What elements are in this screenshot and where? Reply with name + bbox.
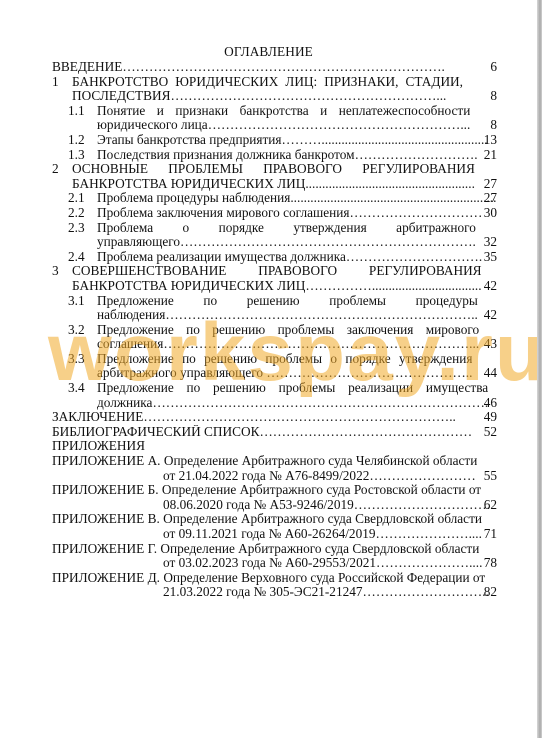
toc-entry-text: ЗАКЛЮЧЕНИЕ…………………………………………………………….. <box>52 410 463 425</box>
toc-page-number: 49 <box>484 410 497 425</box>
toc-entry-text: управляющего…………………………………………………………. <box>97 235 476 250</box>
toc-entry-text: Проблема о порядке утверждения арбитражн… <box>97 221 476 236</box>
toc-entry-bibliography[interactable]: БИБЛИОГРАФИЧЕСКИЙ СПИСОК…………………………………………… <box>52 425 497 440</box>
toc-page-number: 44 <box>484 366 497 381</box>
toc-entry-text: Предложение по решению проблемы процедур… <box>97 294 478 309</box>
toc-entry-number: 2.2 <box>52 206 97 221</box>
toc-entry-app-g[interactable]: ПРИЛОЖЕНИЕ Г. Определение Арбитражного с… <box>52 542 497 571</box>
toc-page-number: 43 <box>484 337 497 352</box>
appendix-description: Определение Арбитражного суда Ростовской… <box>162 483 481 497</box>
appendix-title-line: ПРИЛОЖЕНИЕ Д. Определение Верховного суд… <box>52 571 489 586</box>
toc-entry-number: 2.4 <box>52 250 97 265</box>
toc-entry-ch2-2[interactable]: 2.2Проблема заключения мирового соглашен… <box>52 206 497 221</box>
toc-entry-number: 2.3 <box>52 221 97 250</box>
toc-page-number: 32 <box>484 235 497 250</box>
appendix-title-line: ПРИЛОЖЕНИЕ А. Определение Арбитражного с… <box>52 454 477 469</box>
appendix-citation: 21.03.2022 года № 305-ЭС21-21247……………………… <box>52 585 489 600</box>
toc-entry-text: БИБЛИОГРАФИЧЕСКИЙ СПИСОК………………………………………… <box>52 425 472 440</box>
appendix-description: Определение Арбитражного суда Свердловск… <box>163 512 482 526</box>
appendix-label: ПРИЛОЖЕНИЕ В. <box>52 512 160 526</box>
toc-entry-ch1-2[interactable]: 1.2Этапы банкротства предприятия……….....… <box>52 133 497 148</box>
toc-page-number: 78 <box>484 556 497 571</box>
toc-entry-text: СОВЕРШЕНСТВОВАНИЕ ПРАВОВОГО РЕГУЛИРОВАНИ… <box>72 264 482 279</box>
toc-entry-text: должника…………………………………………………………………. <box>97 396 488 411</box>
appendix-title-line: ПРИЛОЖЕНИЕ В. Определение Арбитражного с… <box>52 512 482 527</box>
toc-entry-text: БАНКРОТСТВО ЮРИДИЧЕСКИХ ЛИЦ: ПРИЗНАКИ, С… <box>72 75 463 90</box>
toc-entry-ch1[interactable]: 1БАНКРОТСТВО ЮРИДИЧЕСКИХ ЛИЦ: ПРИЗНАКИ, … <box>52 75 497 104</box>
toc-entry-ch2-3[interactable]: 2.3Проблема о порядке утверждения арбитр… <box>52 221 497 250</box>
toc-entry-text: Этапы банкротства предприятия………........… <box>97 133 488 148</box>
toc-title: ОГЛАВЛЕНИЕ <box>0 44 537 60</box>
toc-page-number: 55 <box>484 469 497 484</box>
toc-entry-ch2-4[interactable]: 2.4Проблема реализации имущества должник… <box>52 250 497 265</box>
toc-entry-text: Проблема реализации имущества должника……… <box>97 250 482 265</box>
toc-entry-number: 2 <box>52 162 72 191</box>
toc-page-number: 62 <box>484 498 497 513</box>
toc-page-number: 21 <box>484 148 497 163</box>
toc-page-number: 42 <box>484 279 497 294</box>
toc-entry-text: ВВЕДЕНИЕ………………………………………………………………. <box>52 60 463 75</box>
toc-entry-appendices[interactable]: ПРИЛОЖЕНИЯ <box>52 439 497 454</box>
toc-page-number: 6 <box>490 60 497 75</box>
toc-entry-text: ПОСЛЕДСТВИЯ……………………………………………………... <box>72 89 463 104</box>
toc-page-number: 52 <box>484 425 497 440</box>
toc-page-number: 30 <box>484 206 497 221</box>
toc-entry-app-b[interactable]: ПРИЛОЖЕНИЕ Б. Определение Арбитражного с… <box>52 483 497 512</box>
toc-entry-text: наблюдения…………………………………………………………….. <box>97 308 478 323</box>
toc-page-number: 27 <box>484 191 497 206</box>
appendix-label: ПРИЛОЖЕНИЕ Д. <box>52 571 160 585</box>
toc-entry-number: 1.3 <box>52 148 97 163</box>
toc-entry-ch2-1[interactable]: 2.1Проблема процедуры наблюдения........… <box>52 191 497 206</box>
toc-entry-text: Проблема заключения мирового соглашения…… <box>97 206 482 221</box>
toc-entry-app-d[interactable]: ПРИЛОЖЕНИЕ Д. Определение Верховного суд… <box>52 571 497 600</box>
appendix-label: ПРИЛОЖЕНИЕ Г. <box>52 542 157 556</box>
toc-page-number: 42 <box>484 308 497 323</box>
toc-page-number: 27 <box>484 177 497 192</box>
appendix-title-line: ПРИЛОЖЕНИЕ Б. Определение Арбитражного с… <box>52 483 490 498</box>
toc-entry-ch3-4[interactable]: 3.4Предложение по решению проблемы реали… <box>52 381 497 410</box>
appendix-citation: от 21.04.2022 года № А76-8499/2022………………… <box>52 469 477 484</box>
toc-entry-text: БАНКРОТСТВА ЮРИДИЧЕСКИХ ЛИЦ……………........… <box>72 279 482 294</box>
toc-entry-number: 1.2 <box>52 133 97 148</box>
toc-entry-number: 3.1 <box>52 294 97 323</box>
toc-entry-text: Проблема процедуры наблюдения...........… <box>97 191 496 206</box>
toc-entry-ch3-2[interactable]: 3.2Предложение по решению проблемы заклю… <box>52 323 497 352</box>
toc-entry-text: Понятие и признаки банкротства и неплате… <box>97 104 470 119</box>
toc-entry-text: соглашения……………………………………………………………... <box>97 337 479 352</box>
toc-entry-number: 1.1 <box>52 104 97 133</box>
page-edge-shadow <box>537 0 542 738</box>
toc-page-number: 8 <box>490 118 497 133</box>
toc-page-number: 82 <box>484 585 497 600</box>
toc-entry-ch1-3[interactable]: 1.3Последствия признания должника банкро… <box>52 148 497 163</box>
toc-entry-ch3-3[interactable]: 3.3Предложение по решению проблемы о пор… <box>52 352 497 381</box>
toc-entry-text: Предложение по решению проблемы заключен… <box>97 323 479 338</box>
toc-entry-conclusion[interactable]: ЗАКЛЮЧЕНИЕ……………………………………………………………..49 <box>52 410 497 425</box>
appendix-description: Определение Арбитражного суда Свердловск… <box>160 542 479 556</box>
toc-entry-text: БАНКРОТСТВА ЮРИДИЧЕСКИХ ЛИЦ.............… <box>72 177 475 192</box>
toc-entry-ch3-1[interactable]: 3.1Предложение по решению проблемы проце… <box>52 294 497 323</box>
appendix-title-line: ПРИЛОЖЕНИЕ Г. Определение Арбитражного с… <box>52 542 482 557</box>
toc-entry-ch2[interactable]: 2ОСНОВНЫЕ ПРОБЛЕМЫ ПРАВОВОГО РЕГУЛИРОВАН… <box>52 162 497 191</box>
toc-entry-number: 3.4 <box>52 381 97 410</box>
toc-entry-number: 1 <box>52 75 72 104</box>
toc-entry-text: ОСНОВНЫЕ ПРОБЛЕМЫ ПРАВОВОГО РЕГУЛИРОВАНИ… <box>72 162 475 177</box>
toc-entry-number: 2.1 <box>52 191 97 206</box>
toc-entry-text: юридического лица…………………………………………………... <box>97 118 470 133</box>
toc-entry-ch3[interactable]: 3СОВЕРШЕНСТВОВАНИЕ ПРАВОВОГО РЕГУЛИРОВАН… <box>52 264 497 293</box>
toc-page-number: 8 <box>490 89 497 104</box>
toc-page-number: 13 <box>484 133 497 148</box>
appendix-label: ПРИЛОЖЕНИЕ Б. <box>52 483 159 497</box>
toc-page-number: 46 <box>484 396 497 411</box>
toc-entry-app-a[interactable]: ПРИЛОЖЕНИЕ А. Определение Арбитражного с… <box>52 454 497 483</box>
toc-entry-number: 3 <box>52 264 72 293</box>
toc-entry-app-v[interactable]: ПРИЛОЖЕНИЕ В. Определение Арбитражного с… <box>52 512 497 541</box>
toc-entry-intro[interactable]: ВВЕДЕНИЕ……………………………………………………………….6 <box>52 60 497 75</box>
toc-entry-text: Предложение по решению проблемы о порядк… <box>97 352 472 367</box>
appendix-citation: от 09.11.2021 года № А60-26264/2019……………… <box>52 527 482 542</box>
table-of-contents: ВВЕДЕНИЕ……………………………………………………………….61БАНКР… <box>52 60 497 600</box>
appendix-citation: 08.06.2020 года № А53-9246/2019………………………… <box>52 498 490 513</box>
document-page: ОГЛАВЛЕНИЕ ВВЕДЕНИЕ………………………………………………………… <box>0 0 537 738</box>
toc-entry-text: Предложение по решению проблемы реализац… <box>97 381 488 396</box>
appendix-description: Определение Верховного суда Российской Ф… <box>163 571 485 585</box>
appendix-description: Определение Арбитражного суда Челябинско… <box>164 454 478 468</box>
appendix-citation: от 03.02.2023 года № А60-29553/2021……………… <box>52 556 482 571</box>
appendix-label: ПРИЛОЖЕНИЕ А. <box>52 454 161 468</box>
toc-entry-text: арбитражного управляющего ……………………………………… <box>97 366 472 381</box>
toc-entry-text: ПРИЛОЖЕНИЯ <box>52 439 463 454</box>
toc-page-number: 71 <box>484 527 497 542</box>
toc-entry-text: Последствия признания должника банкротом… <box>97 148 478 163</box>
toc-entry-ch1-1[interactable]: 1.1Понятие и признаки банкротства и непл… <box>52 104 497 133</box>
toc-page-number: 35 <box>484 250 497 265</box>
toc-entry-number: 3.3 <box>52 352 97 381</box>
toc-entry-number: 3.2 <box>52 323 97 352</box>
